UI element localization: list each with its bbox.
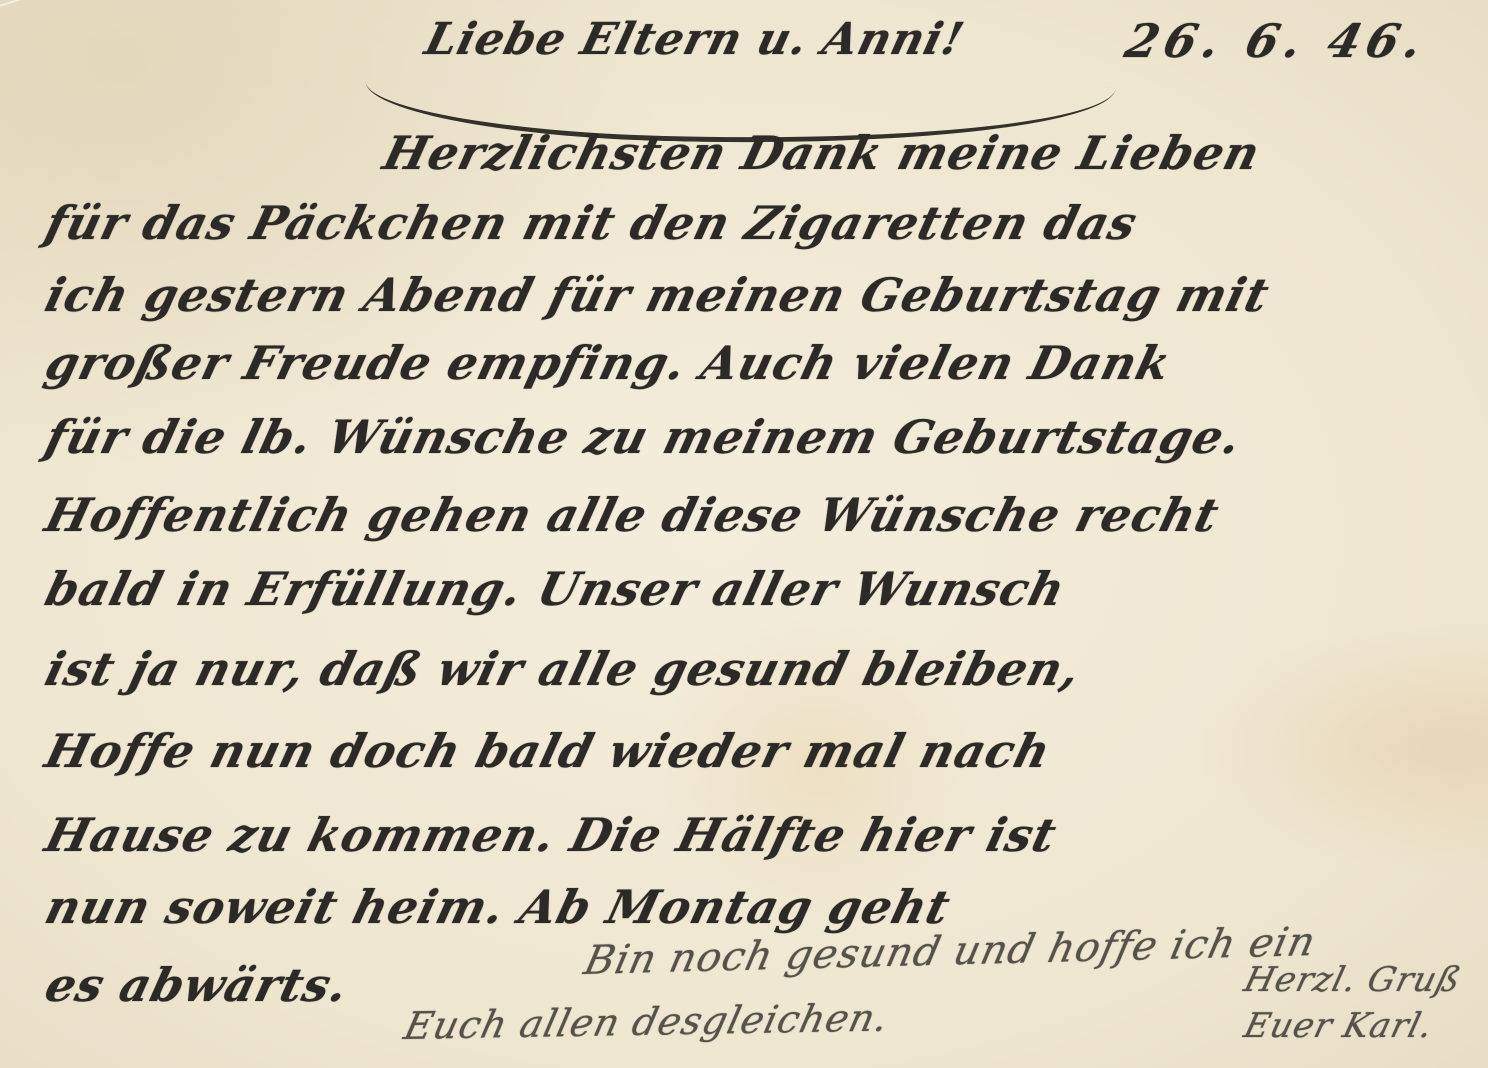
letter-paper: Liebe Eltern u. Anni! 26. 6. 46. Herzlic…	[0, 0, 1488, 1068]
closing-signature: Euer Karl.	[1240, 1006, 1437, 1046]
letter-line-6: Hoffentlich gehen alle diese Wünsche rec…	[40, 488, 1225, 542]
letter-line-10: Hause zu kommen. Die Hälfte hier ist	[40, 808, 1062, 862]
letter-line-5: für die lb. Wünsche zu meinem Geburtstag…	[40, 410, 1247, 464]
letter-line-1: Herzlichsten Dank meine Lieben	[378, 126, 1266, 180]
letter-date: 26. 6. 46.	[1120, 14, 1434, 68]
closing-regards: Herzl. Gruß	[1240, 960, 1465, 1000]
letter-line-8: ist ja nur, daß wir alle gesund bleiben,	[40, 642, 1086, 696]
letter-greeting: Liebe Eltern u. Anni!	[420, 14, 969, 65]
letter-line-9: Hoffe nun doch bald wieder mal nach	[40, 724, 1056, 778]
letter-line-7: bald in Erfüllung. Unser aller Wunsch	[40, 562, 1071, 616]
paper-crease	[0, 0, 199, 67]
letter-line-11: nun soweit heim. Ab Montag geht	[40, 880, 956, 934]
letter-line-12: es abwärts.	[40, 958, 354, 1012]
postscript-line-2: Euch allen desgleichen.	[400, 996, 894, 1048]
letter-line-4: großer Freude empfing. Auch vielen Dank	[40, 336, 1177, 390]
letter-line-2: für das Päckchen mit den Zigaretten das	[40, 196, 1143, 250]
letter-line-3: ich gestern Abend für meinen Geburtstag …	[40, 268, 1275, 322]
